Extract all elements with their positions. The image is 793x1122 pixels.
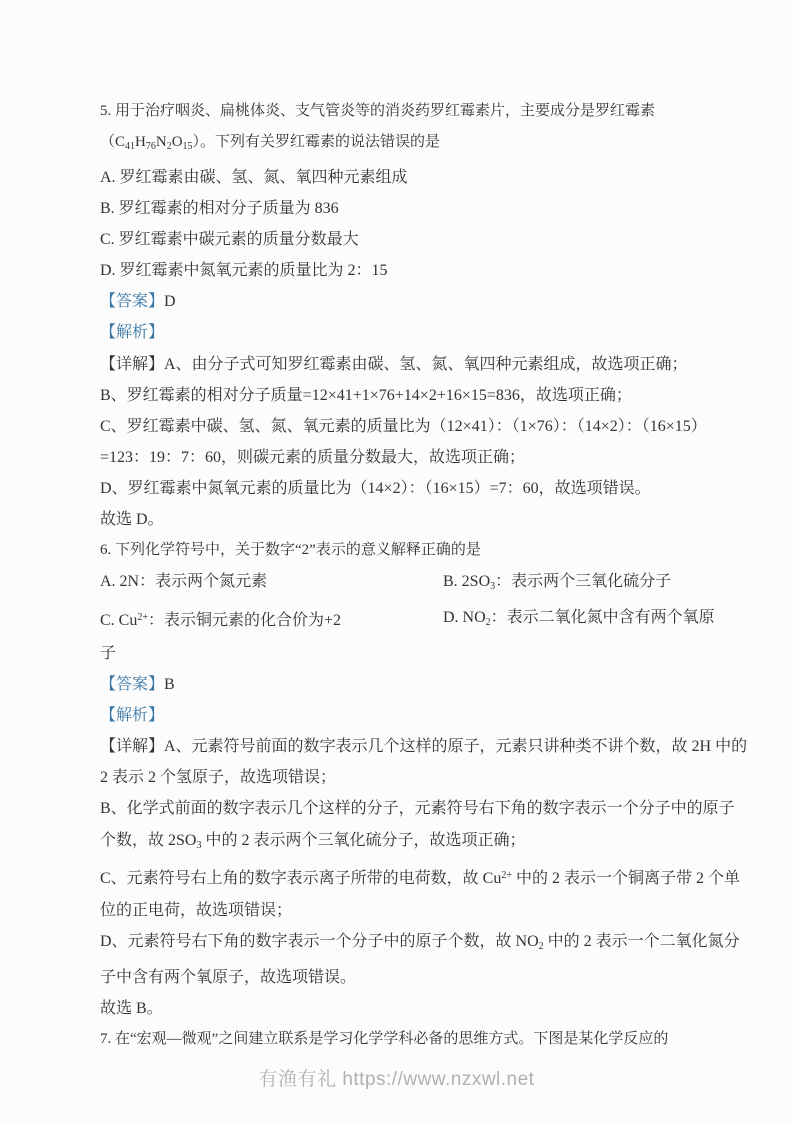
text-run: 5. 用于治疗咽炎、扁桃体炎、支气管炎等的消炎药罗红霉素片，主要成分是罗红霉素 xyxy=(100,103,655,119)
subscript: 41 xyxy=(125,141,135,152)
text-run: B、罗红霉素的相对分子质量=12×41+1×76+14×2+16×15=836，… xyxy=(100,387,632,404)
text-run: 6. 下列化学符号中，关于数字“2”表示的意义解释正确的是 xyxy=(100,542,481,558)
q5-stem-line1: 5. 用于治疗咽炎、扁桃体炎、支气管炎等的消炎药罗红霉素片，主要成分是罗红霉素 xyxy=(100,96,713,127)
q5-option-d: D. 罗红霉素中氮氧元素的质量比为 2：15 xyxy=(100,255,713,286)
superscript: 2+ xyxy=(137,612,148,623)
text-run: N xyxy=(156,134,167,150)
text-run: =123：19：7：60，则碳元素的质量分数最大，故选项正确； xyxy=(100,449,525,466)
text-run: ：表示两个三氧化硫分子 xyxy=(495,573,671,590)
q5-analysis-label: 【解析】 xyxy=(100,317,713,348)
q5-detail-c1: C、罗红霉素中碳、氢、氮、氧元素的质量比为（12×41）：（1×76）：（14×… xyxy=(100,411,713,442)
q6-detail-d1: D、元素符号右下角的数字表示一个分子中的原子个数，故 NO2 中的 2 表示一个… xyxy=(100,926,713,962)
text-run: C、罗红霉素中碳、氢、氮、氧元素的质量比为（12×41）：（1×76）：（14×… xyxy=(100,418,707,435)
text-run: 故选 D。 xyxy=(100,511,164,528)
text-run: B、化学式前面的数字表示几个这样的分子，元素符号右下角的数字表示一个分子中的原子 xyxy=(100,800,735,817)
q6-detail-d2: 子中含有两个氧原子，故选项错误。 xyxy=(100,962,713,993)
section-label: 【解析】 xyxy=(100,707,164,724)
footer-watermark: 有渔有礼 https://www.nzxwl.net xyxy=(259,1069,535,1090)
page-footer: 有渔有礼 https://www.nzxwl.net xyxy=(0,1064,793,1091)
text-run: C、元素符号右上角的数字表示离子所带的电荷数，故 Cu xyxy=(100,870,501,887)
q6-options-row1: A. 2N：表示两个氮元素B. 2SO3：表示两个三氧化硫分子 xyxy=(100,566,713,602)
q5-stem-line2: （C41H76N2O15）。下列有关罗红霉素的说法错误的是 xyxy=(100,127,713,162)
q6-options-row2-col1: C. Cu2+：表示铜元素的化合价为+2 xyxy=(100,602,443,638)
text-run: B. 2SO xyxy=(443,573,490,590)
q6-analysis-label: 【解析】 xyxy=(100,700,713,731)
text-run: H xyxy=(135,134,146,150)
q6-stem: 6. 下列化学符号中，关于数字“2”表示的意义解释正确的是 xyxy=(100,535,713,566)
text-run: 故选 B。 xyxy=(100,1000,163,1017)
text-run: C. Cu xyxy=(100,612,137,629)
text-run: D、元素符号右下角的数字表示一个分子中的原子个数，故 NO xyxy=(100,933,539,950)
text-run: 位的正电荷，故选项错误； xyxy=(100,902,292,919)
text-run: O xyxy=(172,134,183,150)
q6-options-row2: C. Cu2+：表示铜元素的化合价为+2D. NO2：表示二氧化氮中含有两个氧原 xyxy=(100,602,713,638)
section-label: 【解析】 xyxy=(100,324,164,341)
q5-detail-b: B、罗红霉素的相对分子质量=12×41+1×76+14×2+16×15=836，… xyxy=(100,380,713,411)
subscript: 15 xyxy=(183,141,193,152)
q5-detail-c2: =123：19：7：60，则碳元素的质量分数最大，故选项正确； xyxy=(100,442,713,473)
q6-options-row1-col1: A. 2N：表示两个氮元素 xyxy=(100,566,443,602)
superscript: 2+ xyxy=(501,870,512,881)
document-body: 5. 用于治疗咽炎、扁桃体炎、支气管炎等的消炎药罗红霉素片，主要成分是罗红霉素（… xyxy=(0,0,793,1055)
text-run: 7. 在“宏观—微观”之间建立联系是学习化学学科必备的思维方式。下图是某化学反应… xyxy=(100,1031,668,1047)
text-run: ：表示二氧化氮中含有两个氧原 xyxy=(491,609,715,626)
q6-options-row2-col2: D. NO2：表示二氧化氮中含有两个氧原 xyxy=(443,602,715,638)
q5-conclusion: 故选 D。 xyxy=(100,504,713,535)
q5-option-c: C. 罗红霉素中碳元素的质量分数最大 xyxy=(100,224,713,255)
text-run: D、罗红霉素中氮氧元素的质量比为（14×2）：（16×15）=7：60，故选项错… xyxy=(100,480,651,497)
q6-detail-a1: 【详解】A、元素符号前面的数字表示几个这样的原子，元素只讲种类不讲个数，故 2H… xyxy=(100,731,713,762)
q5-option-b: B. 罗红霉素的相对分子质量为 836 xyxy=(100,193,713,224)
text-run: 2 表示 2 个氢原子，故选项错误； xyxy=(100,769,336,786)
text-run: 【详解】A、元素符号前面的数字表示几个这样的原子，元素只讲种类不讲个数，故 2H… xyxy=(100,738,747,755)
text-run: A. 2N：表示两个氮元素 xyxy=(100,573,267,590)
text-run: 中的 2 表示一个铜离子带 2 个单 xyxy=(512,870,740,887)
text-run: D xyxy=(164,293,176,310)
text-run: B xyxy=(164,676,175,693)
text-run: ：表示铜元素的化合价为+2 xyxy=(148,612,341,629)
text-run: （C xyxy=(100,134,125,150)
q6-detail-c2: 位的正电荷，故选项错误； xyxy=(100,895,713,926)
text-run: A. 罗红霉素由碳、氢、氮、氧四种元素组成 xyxy=(100,169,408,186)
q6-option-d-wrap: 子 xyxy=(100,638,713,669)
q6-conclusion: 故选 B。 xyxy=(100,993,713,1024)
text-run: 【详解】A、由分子式可知罗红霉素由碳、氢、氮、氧四种元素组成，故选项正确； xyxy=(100,356,688,373)
q6-detail-a2: 2 表示 2 个氢原子，故选项错误； xyxy=(100,762,713,793)
text-run: 个数，故 2SO xyxy=(100,832,196,849)
text-run: D. NO xyxy=(443,609,486,626)
q5-option-a: A. 罗红霉素由碳、氢、氮、氧四种元素组成 xyxy=(100,162,713,193)
q5-detail-a: 【详解】A、由分子式可知罗红霉素由碳、氢、氮、氧四种元素组成，故选项正确； xyxy=(100,349,713,380)
q5-detail-d: D、罗红霉素中氮氧元素的质量比为（14×2）：（16×15）=7：60，故选项错… xyxy=(100,473,713,504)
q6-detail-b2: 个数，故 2SO3 中的 2 表示两个三氧化硫分子，故选项正确； xyxy=(100,825,713,861)
text-run: 子 xyxy=(100,645,116,662)
text-run: 中的 2 表示两个三氧化硫分子，故选项正确； xyxy=(201,832,525,849)
q5-answer: 【答案】D xyxy=(100,286,713,317)
section-label: 【答案】 xyxy=(100,676,164,693)
q6-options-row1-col2: B. 2SO3：表示两个三氧化硫分子 xyxy=(443,566,713,602)
text-run: B. 罗红霉素的相对分子质量为 836 xyxy=(100,200,339,217)
page: 5. 用于治疗咽炎、扁桃体炎、支气管炎等的消炎药罗红霉素片，主要成分是罗红霉素（… xyxy=(0,0,793,1122)
subscript: 76 xyxy=(146,141,156,152)
q6-detail-b1: B、化学式前面的数字表示几个这样的分子，元素符号右下角的数字表示一个分子中的原子 xyxy=(100,793,713,824)
text-run: ）。下列有关罗红霉素的说法错误的是 xyxy=(193,134,441,150)
section-label: 【答案】 xyxy=(100,293,164,310)
q6-detail-c1: C、元素符号右上角的数字表示离子所带的电荷数，故 Cu2+ 中的 2 表示一个铜… xyxy=(100,860,713,894)
text-run: 中的 2 表示一个二氧化氮分 xyxy=(544,933,740,950)
text-run: 子中含有两个氧原子，故选项错误。 xyxy=(100,969,356,986)
q6-answer: 【答案】B xyxy=(100,669,713,700)
q7-stem-line1: 7. 在“宏观—微观”之间建立联系是学习化学学科必备的思维方式。下图是某化学反应… xyxy=(100,1024,713,1055)
text-run: C. 罗红霉素中碳元素的质量分数最大 xyxy=(100,231,359,248)
text-run: D. 罗红霉素中氮氧元素的质量比为 2：15 xyxy=(100,262,388,279)
